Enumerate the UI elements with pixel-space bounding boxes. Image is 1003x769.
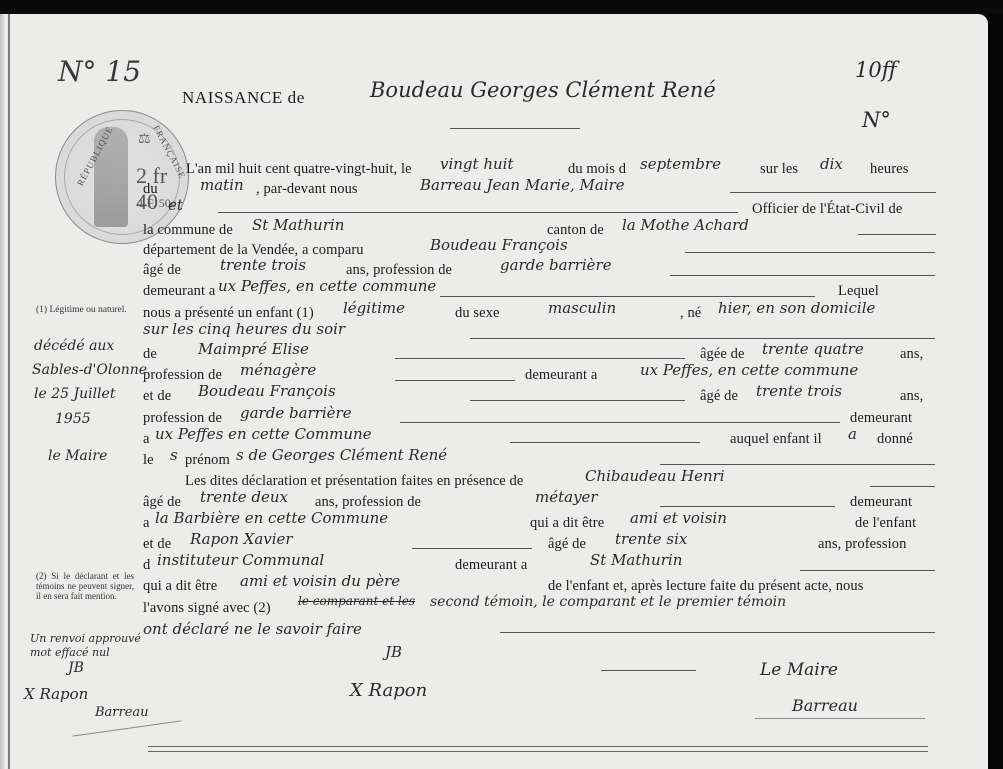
line-17-printed-3: demeurant [850, 494, 912, 511]
line-22-struck-text: le comparant et les [298, 594, 415, 608]
signature-mayor: Barreau [792, 696, 858, 715]
line-6-profession: garde barrière [500, 256, 612, 274]
line-10-mother: Maimpré Elise [198, 340, 309, 358]
death-mention-4: 1955 [55, 411, 91, 427]
line-8-legitimacy: légitime [343, 299, 405, 317]
record-separator [148, 746, 928, 752]
footnote-2: (2) Si le déclarant et les témoins ne pe… [36, 571, 134, 601]
line-2-printed: du [143, 181, 158, 198]
line-18-printed-2: qui a dit être [530, 515, 604, 532]
line-12-father-age: trente trois [756, 382, 842, 400]
line-15-printed: le [143, 452, 154, 469]
line-14-residence: ux Peffes en cette Commune [155, 425, 372, 443]
line-6-age: trente trois [220, 256, 306, 274]
line-22-printed: l'avons signé avec (2) [143, 600, 271, 617]
line-1-printed-3: sur les [760, 161, 798, 178]
line-21-printed: qui a dit être [143, 578, 217, 595]
signature-left-2: Barreau [95, 705, 149, 720]
line-7-printed-2: Lequel [838, 283, 879, 300]
death-mention-3: le 25 Juillet [34, 386, 115, 402]
line-15-printed-0: prénom [185, 452, 230, 469]
death-mention-2: Sables-d'Olonne [32, 362, 147, 378]
line-19-witness-2-age: trente six [615, 530, 687, 548]
line-10-mother-age: trente quatre [762, 340, 864, 358]
signature-mayor-underline [755, 718, 925, 720]
register-number: N° 15 [58, 55, 141, 88]
line-10-printed: de [143, 346, 157, 363]
corner-annotation-2: N° [862, 108, 891, 132]
line-18-witness-1-relation: ami et voisin [630, 509, 727, 527]
title-ornament [450, 128, 580, 130]
scales-of-justice-icon: ⚖ [138, 131, 151, 148]
line-1-hour: dix [820, 155, 843, 173]
line-8-birthplace: hier, en son domicile [718, 299, 875, 317]
line-6-printed: âgé de [143, 262, 181, 279]
line-3-et: et [168, 196, 183, 214]
line-1-day: vingt huit [440, 155, 513, 173]
record-title-label: NAISSANCE de [182, 88, 305, 108]
mayor-title: Le Maire [760, 660, 838, 680]
line-18-witness-1-residence: la Barbière en cette Commune [155, 509, 388, 527]
line-21-printed-2: de l'enfant et, après lecture faite du p… [548, 578, 864, 595]
signature-center: X Rapon [350, 680, 427, 701]
line-11-mother-profession: ménagère [240, 361, 316, 379]
line-2-printed-2: , par-devant nous [256, 181, 358, 198]
line-9-birth-time: sur les cinq heures du soir [143, 320, 345, 338]
signature-left-initials: JB [68, 660, 84, 676]
line-10-printed-3: ans, [900, 346, 923, 363]
line-12-printed: et de [143, 388, 171, 405]
line-13-father-profession: garde barrière [240, 404, 352, 422]
line-7-printed: demeurant a [143, 283, 215, 300]
line-3-printed: Officier de l'État-Civil de [752, 201, 902, 218]
line-11-printed-2: demeurant a [525, 367, 597, 384]
line-4-printed: la commune de [143, 222, 233, 239]
line-11-mother-residence: ux Peffes, en cette commune [640, 361, 858, 379]
line-17-witness-1-age: trente deux [200, 488, 288, 506]
line-14-printed-3: donné [877, 431, 913, 448]
line-5-declarant: Boudeau François [430, 236, 568, 254]
line-18-printed: a [143, 515, 150, 532]
line-12-father: Boudeau François [198, 382, 336, 400]
line-14-printed: a [143, 431, 150, 448]
line-20-printed-2: demeurant a [455, 557, 527, 574]
line-23-declaration: ont déclaré ne le savoir faire [143, 620, 362, 638]
signature-center-initials: JB [385, 643, 402, 661]
line-17-witness-1-profession: métayer [535, 488, 598, 506]
death-mention-5: le Maire [48, 448, 107, 464]
line-19-witness-2: Rapon Xavier [190, 530, 293, 548]
line-2-time: matin [200, 176, 244, 194]
line-22-signatories: second témoin, le comparant et le premie… [430, 594, 786, 610]
line-8-printed-2: du sexe [455, 305, 500, 322]
line-4-commune: St Mathurin [252, 216, 344, 234]
line-1-month: septembre [640, 155, 721, 173]
line-8-sex: masculin [548, 299, 616, 317]
line-4-canton: la Mothe Achard [622, 216, 749, 234]
line-15-given-names: s de Georges Clément René [236, 446, 447, 464]
approval-note-1: Un renvoi approuvé [30, 632, 141, 645]
line-12-printed-2: âgé de [700, 388, 738, 405]
line-16-witness-1: Chibaudeau Henri [585, 467, 725, 485]
line-18-printed-3: de l'enfant [855, 515, 916, 532]
line-13-printed-2: demeurant [850, 410, 912, 427]
line-14-printed-2: auquel enfant il [730, 431, 822, 448]
line-20-witness-2-residence: St Mathurin [590, 551, 682, 569]
death-mention-1: décédé aux [34, 338, 114, 354]
line-20-witness-2-profession: instituteur Communal [157, 551, 324, 569]
page-shadow [988, 14, 1003, 769]
line-14-verb: a [848, 425, 857, 443]
footnote-1: (1) Légitime ou naturel. [36, 305, 134, 315]
line-1-printed-4: heures [870, 161, 908, 178]
approval-note-2: mot effacé nul [30, 646, 110, 659]
line-2-officer: Barreau Jean Marie, Maire [420, 176, 625, 194]
line-20-printed: d [143, 557, 150, 574]
line-8-printed-3: , né [680, 305, 701, 322]
line-21-witness-2-relation: ami et voisin du père [240, 572, 400, 590]
record-title-name: Boudeau Georges Clément René [370, 78, 716, 102]
line-19-printed-3: ans, profession [818, 536, 907, 553]
line-19-printed-2: âgé de [548, 536, 586, 553]
line-12-printed-3: ans, [900, 388, 923, 405]
signature-left-1: X Rapon [24, 685, 88, 703]
line-7-residence: ux Peffes, en cette commune [218, 277, 436, 295]
corner-annotation-1: 10ff [855, 58, 897, 82]
line-15-plural-mark: s [170, 446, 178, 464]
